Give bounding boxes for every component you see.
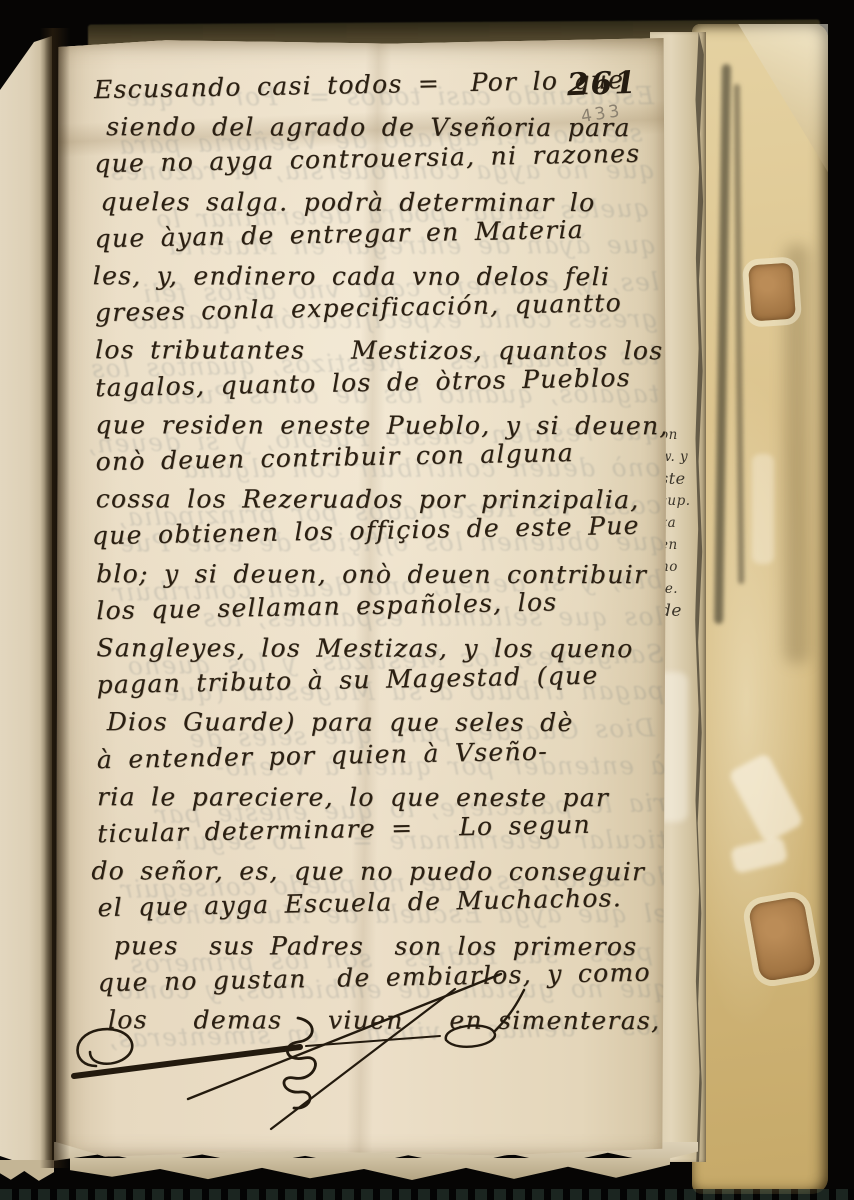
- binding-dark-streak: [734, 84, 744, 584]
- leather-patch-top: [748, 263, 796, 322]
- next-leaf-text-fragments: on w. y ste sup. za en no ie. de: [660, 424, 702, 622]
- edge-fragment: de: [660, 600, 702, 622]
- folio-number-ink: 261: [567, 65, 639, 103]
- binding-dark-streak: [714, 64, 731, 624]
- edge-fragment: sup.: [660, 490, 702, 512]
- edge-fragment: ste: [660, 468, 702, 490]
- film-scale-strip: [0, 1189, 854, 1200]
- edge-fragment: on: [660, 424, 702, 446]
- facing-page-edge: [0, 28, 52, 1170]
- signature-flourish: [66, 968, 566, 1140]
- edge-fragment: en: [660, 534, 702, 556]
- vellum-binding: [692, 24, 828, 1194]
- white-scuff: [752, 454, 774, 564]
- page-stack-edge: [70, 1158, 670, 1180]
- manuscript-page: Escusando casi todos = Por lo que siendo…: [56, 38, 666, 1160]
- vellum-fold: [692, 24, 828, 214]
- edge-fragment: w. y: [660, 446, 702, 468]
- manuscript-text-layer: Escusando casi todos = Por lo que siendo…: [94, 69, 664, 1039]
- edge-fragment: no: [660, 556, 702, 578]
- edge-fragment: ie.: [660, 578, 702, 600]
- manuscript-photo: on w. y ste sup. za en no ie. de Escusan…: [0, 0, 854, 1200]
- page-stack-edge: [0, 1160, 54, 1182]
- edge-fragment: za: [660, 512, 702, 534]
- white-scuff: [728, 752, 804, 843]
- leather-patch-bottom: [748, 896, 817, 983]
- white-scuff: [730, 836, 789, 874]
